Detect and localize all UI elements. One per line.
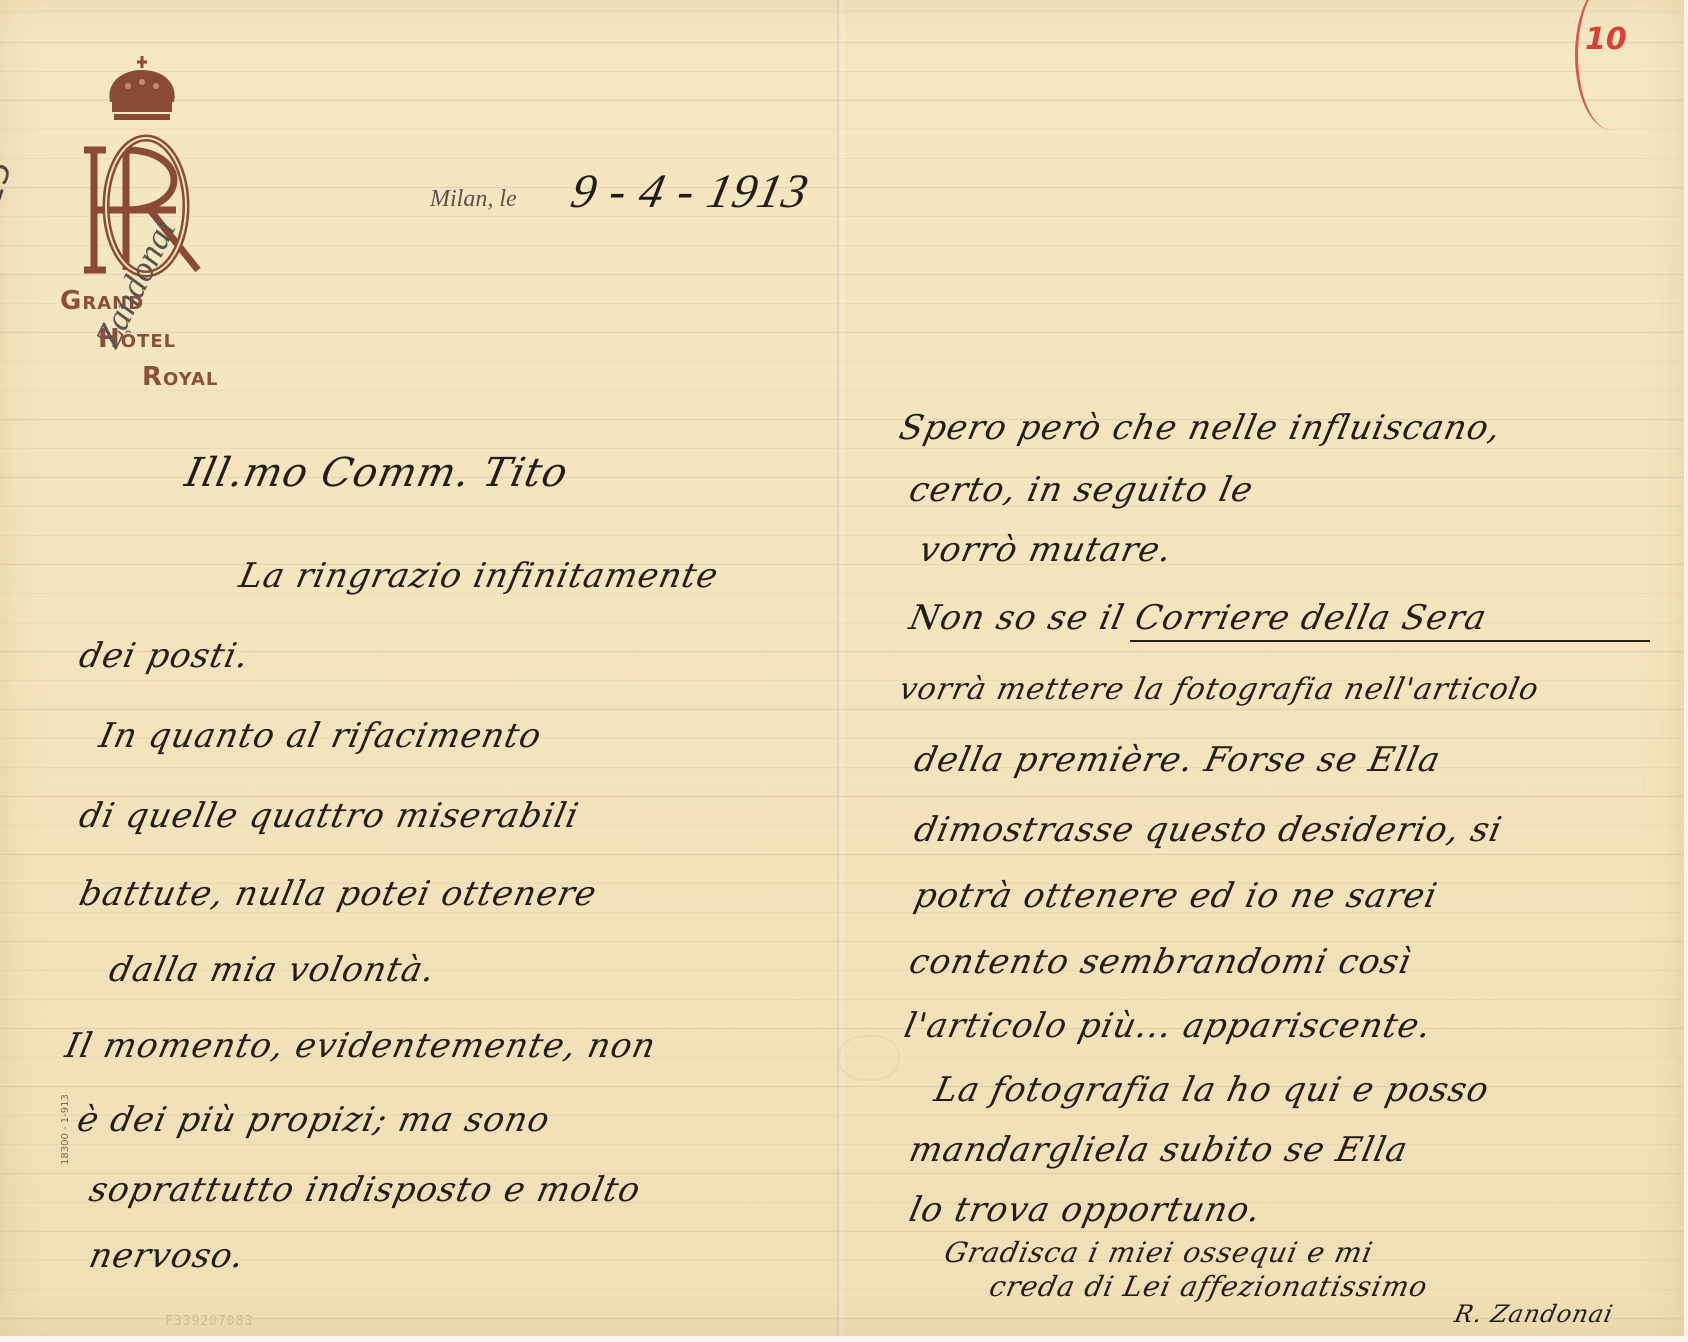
body-line: dimostrasse questo desiderio, si bbox=[911, 810, 1506, 850]
letter-sheet: Grand Hôtel Royal 9-4-13 Zandonai 10 Mil… bbox=[0, 0, 1684, 1336]
body-line: Il momento, evidentemente, non bbox=[62, 1026, 660, 1066]
vertical-stamp: 18300 - 1-913 bbox=[60, 1094, 71, 1165]
body-line: mandargliela subito se Ella bbox=[906, 1130, 1412, 1170]
body-line: l'articolo più... appariscente. bbox=[901, 1006, 1436, 1046]
author-signature: R. Zandonai bbox=[1452, 1300, 1616, 1328]
center-fold bbox=[838, 0, 842, 1336]
salutation: Ill.mo Comm. Tito bbox=[181, 450, 572, 496]
body-line: soprattutto indisposto e molto bbox=[86, 1170, 645, 1210]
crown-icon bbox=[102, 56, 182, 122]
closing-line: Gradisca i miei ossequi e mi bbox=[941, 1236, 1376, 1269]
body-line: Spero però che nelle influiscano, bbox=[896, 408, 1505, 448]
body-line: La ringrazio infinitamente bbox=[236, 556, 723, 596]
body-line: è dei più propizi; ma sono bbox=[74, 1100, 554, 1140]
body-line: Non so se il Corriere della Sera bbox=[906, 598, 1491, 638]
body-line: di quelle quattro miserabili bbox=[76, 796, 583, 836]
body-line: lo trova opportuno. bbox=[906, 1190, 1265, 1230]
body-line: vorrà mettere la fotografia nell'articol… bbox=[896, 672, 1542, 707]
closing-line: creda di Lei affezionatissimo bbox=[986, 1270, 1431, 1303]
body-line: dei posti. bbox=[76, 636, 253, 676]
inventory-code: F339207083 bbox=[165, 1314, 253, 1329]
body-line: battute, nulla potei ottenere bbox=[76, 874, 601, 914]
body-line: nervoso. bbox=[86, 1236, 249, 1276]
body-line: potrà ottenere ed io ne sarei bbox=[911, 876, 1441, 916]
body-line: La fotografia la ho qui e posso bbox=[931, 1070, 1493, 1110]
archive-number: 10 bbox=[1585, 22, 1627, 57]
body-line: della première. Forse se Ella bbox=[911, 740, 1445, 780]
handwritten-date: 9 - 4 - 1913 bbox=[566, 164, 814, 219]
newspaper-underline bbox=[1130, 640, 1650, 642]
printed-place: Milan, le bbox=[430, 186, 517, 213]
body-line: In quanto al rifacimento bbox=[96, 716, 546, 756]
body-line: contento sembrandomi così bbox=[906, 942, 1416, 982]
hotel-name-line-3: Royal bbox=[142, 362, 218, 392]
embossed-stamp bbox=[838, 1035, 900, 1081]
body-line: certo, in seguito le bbox=[906, 470, 1257, 510]
body-line: vorrò mutare. bbox=[916, 530, 1176, 570]
body-line: dalla mia volontà. bbox=[106, 950, 439, 990]
